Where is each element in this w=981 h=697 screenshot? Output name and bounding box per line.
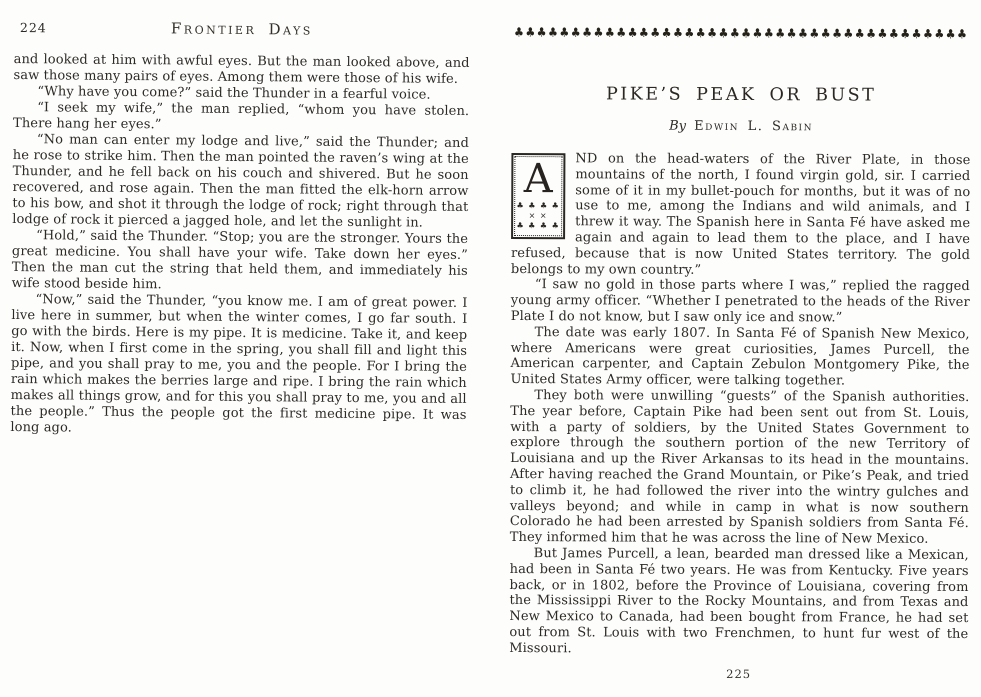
paragraph: “Now,” said the Thunder, “you know me. I… <box>10 292 467 440</box>
paragraph-text: ND on the head-waters of the River Plate… <box>511 151 971 277</box>
folio-left: 224 <box>20 20 47 35</box>
paragraph: “I seek my wife,” the man replied, “whom… <box>13 100 469 136</box>
paragraph: “No man can enter my lodge and live,” sa… <box>12 132 469 232</box>
left-page-header: 224 Frontier Days <box>14 18 470 44</box>
opening-paragraph: A ♣ ♣ ♣ ♣ × × ♣ ♣ ♣ ♣ ND on the head-wat… <box>511 151 971 279</box>
drop-cap-inner: A ♣ ♣ ♣ ♣ × × ♣ ♣ ♣ ♣ <box>514 156 562 236</box>
article-title: PIKE’S PEAK OR BUST <box>512 84 971 106</box>
drop-cap-letter: A <box>524 157 553 201</box>
fleuron-border-ornament: ♣♣♣♣♣♣♣♣♣♣♣♣♣♣♣♣♣♣♣♣♣♣♣♣♣♣♣♣♣♣♣♣♣♣♣♣♣♣♣♣… <box>514 25 969 43</box>
paragraph: and looked at him with awful eyes. But t… <box>13 52 469 88</box>
byline-author: Edwin L. Sabin <box>694 119 813 135</box>
paragraph: “I saw no gold in those parts where I wa… <box>511 277 970 326</box>
running-head: Frontier Days <box>14 18 470 40</box>
right-page: ♣♣♣♣♣♣♣♣♣♣♣♣♣♣♣♣♣♣♣♣♣♣♣♣♣♣♣♣♣♣♣♣♣♣♣♣♣♣♣♣… <box>494 0 981 697</box>
left-page: 224 Frontier Days and looked at him with… <box>0 0 494 697</box>
paragraph: They both were unwilling “guests” of the… <box>510 388 970 548</box>
book-spread: 224 Frontier Days and looked at him with… <box>0 0 981 697</box>
byline-by: By <box>669 119 686 134</box>
left-text-block: and looked at him with awful eyes. But t… <box>10 52 469 440</box>
drop-cap-frame: A ♣ ♣ ♣ ♣ × × ♣ ♣ ♣ ♣ <box>511 153 565 239</box>
paragraph: “Hold,” said the Thunder. “Stop; you are… <box>12 228 469 296</box>
paragraph: The date was early 1807. In Santa Fé of … <box>510 325 969 390</box>
paragraph: But James Purcell, a lean, bearded man d… <box>509 546 968 659</box>
right-text-block: A ♣ ♣ ♣ ♣ × × ♣ ♣ ♣ ♣ ND on the head-wat… <box>509 151 970 658</box>
drop-cap-ornament: ♣ ♣ ♣ ♣ <box>517 201 560 211</box>
byline: By Edwin L. Sabin <box>512 118 971 135</box>
folio-right: 225 <box>509 665 968 681</box>
drop-cap-ornament: × × <box>529 211 548 221</box>
drop-cap-ornament: ♣ ♣ ♣ ♣ <box>516 221 559 231</box>
